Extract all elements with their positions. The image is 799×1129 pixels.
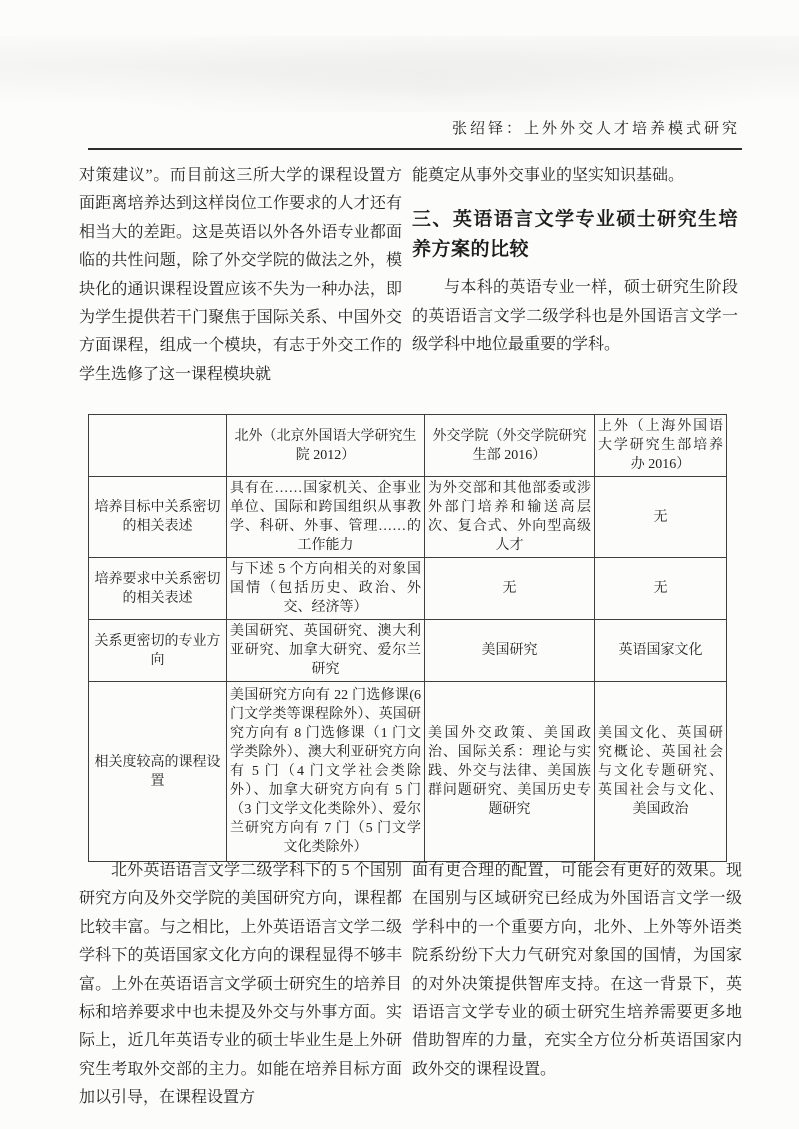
cell-waijiao: 为外交部和其他部委或涉外部门培养和输送高层次、复合式、外向型高级人才 bbox=[425, 477, 595, 558]
cell-waijiao: 无 bbox=[425, 558, 595, 620]
row-label: 培养要求中关系密切的相关表述 bbox=[89, 558, 227, 620]
paragraph-bottom-right: 面有更合理的配置，可能会有更好的效果。现在国别与区域研究已经成为外国语言文学一级… bbox=[412, 857, 742, 1084]
table-row: 培养要求中关系密切的相关表述 与下述 5 个方向相关的对象国国情（包括历史、政治… bbox=[89, 558, 727, 620]
cell-shangwai: 无 bbox=[595, 477, 727, 558]
cell-shangwai: 美国文化、英国研究概论、英国社会与文化专题研究、英国社会与文化、美国政治 bbox=[595, 682, 727, 862]
table-row: 相关度较高的课程设置 美国研究方向有 22 门选修课(6 门文学类等课程除外）、… bbox=[89, 682, 727, 862]
table-header-row: 北外（北京外国语大学研究生院 2012） 外交学院（外交学院研究生部 2016）… bbox=[89, 415, 727, 477]
row-label: 相关度较高的课程设置 bbox=[89, 682, 227, 862]
section-heading: 三、英语语言文学专业硕士研究生培养方案的比较 bbox=[412, 205, 738, 265]
paragraph-section-intro: 与本科的英语专业一样，硕士研究生阶段的英语语言文学二级学科也是外国语言文学一级学… bbox=[412, 274, 738, 359]
table-header-empty bbox=[89, 415, 227, 477]
table-header-waijiao: 外交学院（外交学院研究生部 2016） bbox=[425, 415, 595, 477]
top-right-column: 能奠定从事外交事业的坚实知识基础。 三、英语语言文学专业硕士研究生培养方案的比较… bbox=[412, 162, 738, 360]
running-header-title: 张绍铎：上外外交人才培养模式研究 bbox=[452, 117, 740, 138]
row-label: 培养目标中关系密切的相关表述 bbox=[89, 477, 227, 558]
bottom-right-column: 面有更合理的配置，可能会有更好的效果。现在国别与区域研究已经成为外国语言文学一级… bbox=[412, 857, 742, 1084]
comparison-table: 北外（北京外国语大学研究生院 2012） 外交学院（外交学院研究生部 2016）… bbox=[88, 414, 727, 862]
table-row: 培养目标中关系密切的相关表述 具有在……国家机关、企事业单位、国际和跨国组织从事… bbox=[89, 477, 727, 558]
scan-noise-texture bbox=[0, 36, 799, 112]
cell-shangwai: 无 bbox=[595, 558, 727, 620]
table-header-beiwai: 北外（北京外国语大学研究生院 2012） bbox=[227, 415, 425, 477]
cell-waijiao: 美国外交政策、美国政治、国际关系：理论与实践、外交与法律、美国族群问题研究、美国… bbox=[425, 682, 595, 862]
cell-beiwai: 与下述 5 个方向相关的对象国国情（包括历史、政治、外交、经济等） bbox=[227, 558, 425, 620]
cell-shangwai: 英语国家文化 bbox=[595, 620, 727, 682]
cell-beiwai: 美国研究方向有 22 门选修课(6 门文学类等课程除外）、英国研究方向有 8 门… bbox=[227, 682, 425, 862]
row-label: 关系更密切的专业方向 bbox=[89, 620, 227, 682]
paragraph-lead-end: 能奠定从事外交事业的坚实知识基础。 bbox=[412, 162, 738, 190]
cell-waijiao: 美国研究 bbox=[425, 620, 595, 682]
cell-beiwai: 美国研究、英国研究、澳大利亚研究、加拿大研究、爱尔兰研究 bbox=[227, 620, 425, 682]
table-header-shangwai: 上外（上海外国语大学研究生部培养办 2016） bbox=[595, 415, 727, 477]
scanned-document-page: 张绍铎：上外外交人才培养模式研究 对策建议”。而目前这三所大学的课程设置方面距离… bbox=[0, 0, 799, 1129]
paragraph-bottom-left: 北外英语语言文学二级学科下的 5 个国别研究方向及外交学院的美国研究方向，课程都… bbox=[79, 857, 402, 1113]
paragraph-top-left: 对策建议”。而目前这三所大学的课程设置方面距离培养达到这样岗位工作要求的人才还有… bbox=[79, 162, 402, 389]
cell-beiwai: 具有在……国家机关、企事业单位、国际和跨国组织从事教学、科研、外事、管理……的工… bbox=[227, 477, 425, 558]
header-rule bbox=[88, 148, 742, 150]
table-row: 关系更密切的专业方向 美国研究、英国研究、澳大利亚研究、加拿大研究、爱尔兰研究 … bbox=[89, 620, 727, 682]
bottom-left-column: 北外英语语言文学二级学科下的 5 个国别研究方向及外交学院的美国研究方向，课程都… bbox=[79, 857, 402, 1113]
